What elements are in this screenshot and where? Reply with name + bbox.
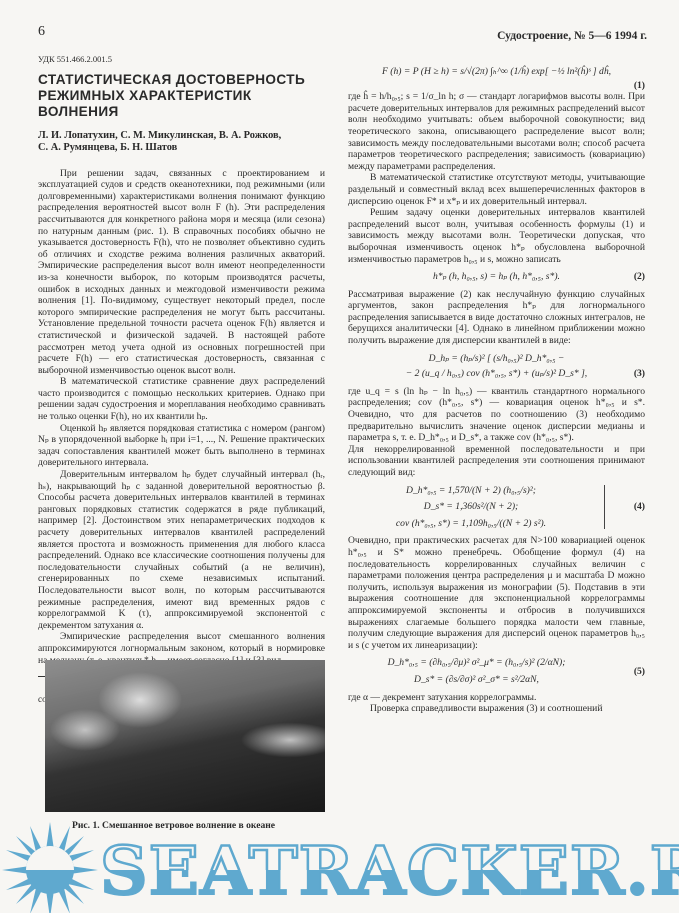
- authors-line-1: Л. И. Лопатухин, С. М. Микулинская, В. А…: [38, 130, 325, 143]
- paragraph: Проверка справедливости выражения (3) и …: [348, 703, 645, 715]
- watermark: SEATRACKER.RU SEATRACKER.RU: [0, 830, 679, 913]
- article-title: СТАТИСТИЧЕСКАЯ ДОСТОВЕРНОСТЬ РЕЖИМНЫХ ХА…: [38, 72, 325, 120]
- udk-code: УДК 551.466.2.001.5: [38, 54, 325, 66]
- paragraph: Очевидно, при практических расчетах для …: [348, 535, 645, 651]
- authors-line-2: С. А. Румянцева, Б. Н. Шатов: [38, 142, 325, 155]
- equation-1-body: F (h) = P (H ≥ h) = s/√(2π) ∫ₕ^∞ (1/ĥ) e…: [382, 66, 611, 77]
- equation-4: D_h*₀,₅ = 1,570/(N + 2) (h₀,₅/s)²; D_s* …: [348, 485, 645, 530]
- journal-header: Судостроение, № 5—6 1994 г.: [497, 30, 647, 42]
- paragraph: Для некоррелированной временной последов…: [348, 444, 645, 479]
- equation-4-number: (4): [605, 501, 645, 513]
- equation-1: F (h) = P (H ≥ h) = s/√(2π) ∫ₕ^∞ (1/ĥ) e…: [348, 66, 645, 78]
- paragraph: Доверительным интервалом hₚ будет случай…: [38, 469, 325, 631]
- paragraph: где u_q = s (ln hₚ − ln h₀,₅) — квантиль…: [348, 386, 645, 444]
- equation-2-body: h*ₚ (h, h₀,₅, s) = hₚ (h, h*₀,₅, s*).: [433, 271, 560, 282]
- equation-3-line-1: D_hₚ = (hₚ/s)² [ (s/h₀,₅)² D_h*₀,₅ −: [348, 353, 645, 365]
- page-number: 6: [38, 24, 45, 40]
- journal-page: 6 Судостроение, № 5—6 1994 г. УДК 551.46…: [0, 0, 679, 913]
- paragraph: где α — декремент затухания коррелограмм…: [348, 692, 645, 704]
- equation-1-number: (1): [348, 80, 645, 92]
- equation-2: h*ₚ (h, h₀,₅, s) = hₚ (h, h*₀,₅, s*). (2…: [348, 271, 645, 283]
- equation-2-number: (2): [634, 271, 645, 283]
- equation-5: D_h*₀,₅ = (∂h₀,₅/∂μ)² σ²_μ* = (h₀,₅/s)² …: [348, 657, 645, 685]
- paragraph: где ĥ = h/h₀,₅; s = 1/σ_ln h; σ — станда…: [348, 91, 645, 172]
- title-line-2: РЕЖИМНЫХ ХАРАКТЕРИСТИК ВОЛНЕНИЯ: [38, 88, 325, 120]
- equation-3-number: (3): [634, 368, 645, 380]
- paragraph: Рассматривая выражение (2) как неслучайн…: [348, 289, 645, 347]
- sun-over-sea-icon: [0, 820, 100, 913]
- left-column: УДК 551.466.2.001.5 СТАТИСТИЧЕСКАЯ ДОСТО…: [38, 54, 325, 705]
- paragraph: В математической статистике отсутствуют …: [348, 172, 645, 207]
- title-line-1: СТАТИСТИЧЕСКАЯ ДОСТОВЕРНОСТЬ: [38, 72, 325, 88]
- equation-4-line-2: D_s* = 1,360s²/(N + 2);: [348, 501, 594, 513]
- equation-5-line-2: D_s* = (∂s/∂σ)² σ²_σ* = s²/2αN,: [348, 674, 605, 686]
- paragraph: Оценкой hₚ является порядковая статистик…: [38, 423, 325, 469]
- paragraph: При решении задач, связанных с проектиро…: [38, 168, 325, 377]
- equation-4-line-3: cov (h*₀,₅, s*) = 1,109h₀,₅/((N + 2) s²)…: [348, 518, 594, 530]
- watermark-text-outline: SEATRACKER.RU: [100, 836, 679, 870]
- equation-3: D_hₚ = (hₚ/s)² [ (s/h₀,₅)² D_h*₀,₅ − − 2…: [348, 353, 645, 380]
- equation-5-line-1: D_h*₀,₅ = (∂h₀,₅/∂μ)² σ²_μ* = (h₀,₅/s)² …: [348, 657, 605, 669]
- paragraph: Решим задачу оценки доверительных интерв…: [348, 207, 645, 265]
- equation-5-number: (5): [605, 666, 645, 678]
- ocean-wave-photo: [45, 660, 325, 812]
- equation-4-line-1: D_h*₀,₅ = 1,570/(N + 2) (h₀,₅/s)²;: [348, 485, 594, 497]
- right-column: F (h) = P (H ≥ h) = s/√(2π) ∫ₕ^∞ (1/ĥ) e…: [348, 52, 645, 715]
- equation-3-line-2: − 2 (u_q / h₀,₅) cov (h*₀,₅, s*) + (uₚ/s…: [348, 368, 645, 380]
- authors: Л. И. Лопатухин, С. М. Микулинская, В. А…: [38, 130, 325, 155]
- paragraph: В математической статистике сравнение дв…: [38, 376, 325, 422]
